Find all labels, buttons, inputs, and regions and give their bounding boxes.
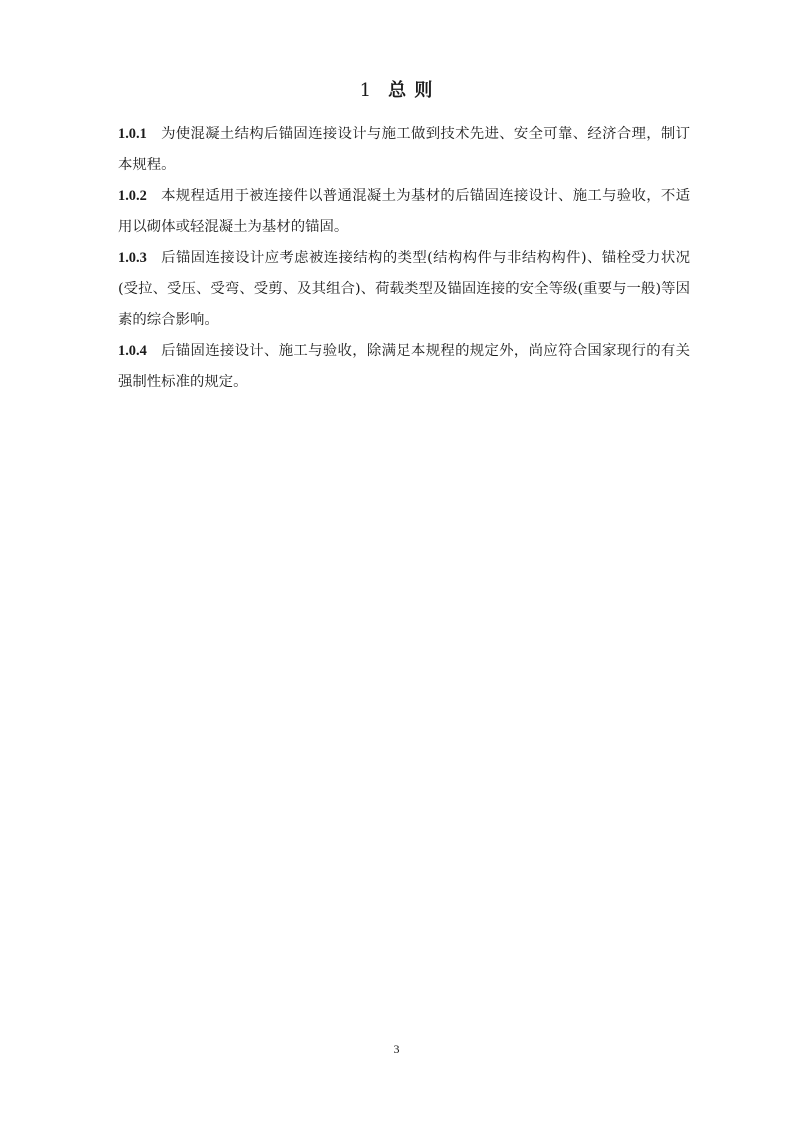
clause-number: 1.0.2 (118, 188, 147, 204)
clause-number: 1.0.3 (118, 250, 147, 266)
clause-1-0-3: 1.0.3后锚固连接设计应考虑被连接结构的类型(结构构件与非结构构件)、锚栓受力… (118, 243, 690, 336)
clause-text: 为使混凝土结构后锚固连接设计与施工做到技术先进、安全可靠、经济合理，制订本规程。 (118, 126, 690, 173)
clause-1-0-2: 1.0.2本规程适用于被连接件以普通混凝土为基材的后锚固连接设计、施工与验收，不… (118, 181, 690, 243)
chapter-title: 总 则 (388, 80, 433, 101)
clause-text: 本规程适用于被连接件以普通混凝土为基材的后锚固连接设计、施工与验收，不适用以砌体… (118, 188, 690, 235)
clause-1-0-4: 1.0.4后锚固连接设计、施工与验收，除满足本规程的规定外，尚应符合国家现行的有… (118, 336, 690, 398)
clause-number: 1.0.1 (118, 126, 147, 142)
document-body: 1.0.1为使混凝土结构后锚固连接设计与施工做到技术先进、安全可靠、经济合理，制… (118, 119, 690, 398)
page-number: 3 (0, 1042, 793, 1057)
chapter-heading: 1总 则 (0, 76, 793, 102)
clause-text: 后锚固连接设计应考虑被连接结构的类型(结构构件与非结构构件)、锚栓受力状况(受拉… (118, 250, 690, 328)
clause-text: 后锚固连接设计、施工与验收，除满足本规程的规定外，尚应符合国家现行的有关强制性标… (118, 343, 690, 390)
clause-1-0-1: 1.0.1为使混凝土结构后锚固连接设计与施工做到技术先进、安全可靠、经济合理，制… (118, 119, 690, 181)
chapter-number: 1 (360, 80, 372, 101)
clause-number: 1.0.4 (118, 343, 147, 359)
